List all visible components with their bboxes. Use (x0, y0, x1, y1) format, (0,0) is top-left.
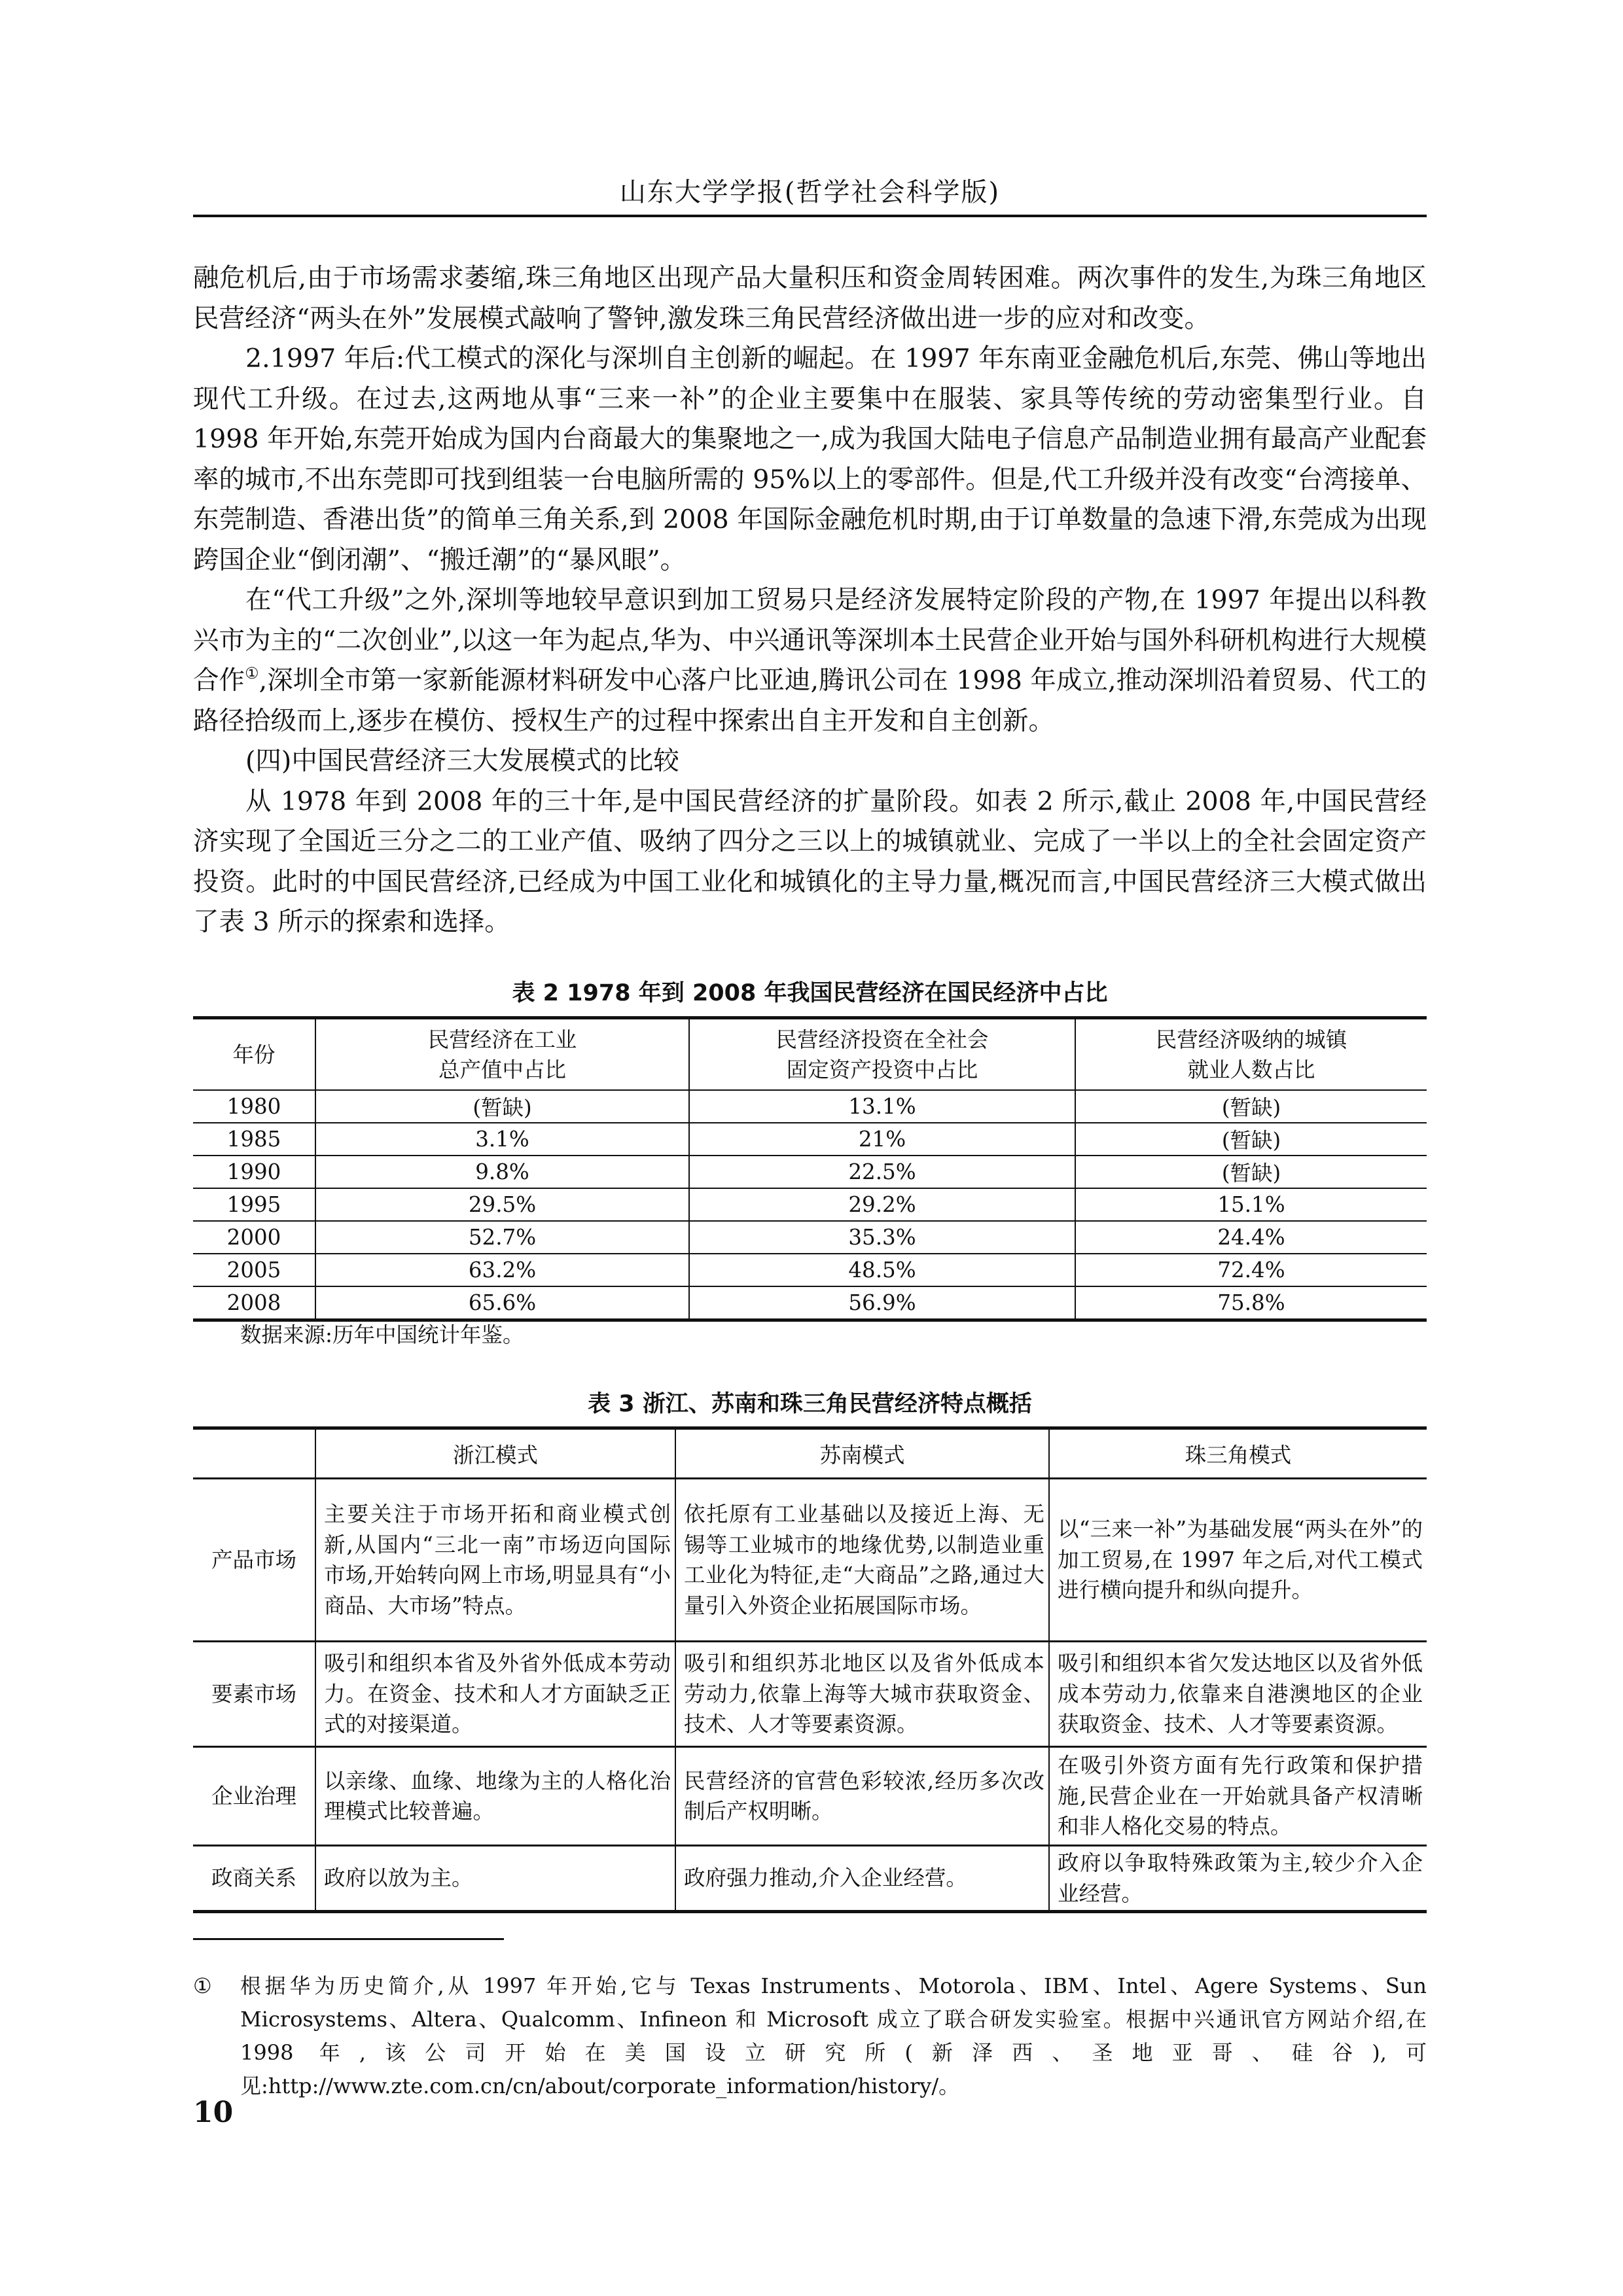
table-row: 1980 (暂缺) 13.1% (暂缺) (193, 1090, 1427, 1123)
table-header-row: 年份 民营经济在工业总产值中占比 民营经济投资在全社会固定资产投资中占比 民营经… (193, 1018, 1427, 1091)
year-cell: 1985 (193, 1123, 315, 1156)
table3-caption: 表 3 浙江、苏南和珠三角民营经济特点概括 (193, 1386, 1427, 1419)
value-cell: 29.2% (689, 1188, 1075, 1221)
footnote-rule (193, 1938, 504, 1940)
running-head: 山东大学学报(哲学社会科学版) (193, 171, 1427, 209)
table-header-row: 浙江模式 苏南模式 珠三角模式 (193, 1428, 1427, 1479)
table-cell: 依托原有工业基础以及接近上海、无锡等工业城市的地缘优势,以制造业重工业化为特征,… (675, 1479, 1049, 1642)
value-cell: 63.2% (315, 1254, 689, 1286)
paragraph: 在“代工升级”之外,深圳等地较早意识到加工贸易只是经济发展特定阶段的产物,在 1… (193, 580, 1427, 741)
row-label: 企业治理 (193, 1747, 315, 1846)
paragraph: 融危机后,由于市场需求萎缩,珠三角地区出现产品大量积压和资金周转困难。两次事件的… (193, 258, 1427, 339)
value-cell: 13.1% (689, 1090, 1075, 1123)
value-cell: (暂缺) (1075, 1090, 1427, 1123)
footnote-marker: ① (193, 1969, 212, 2003)
year-cell: 1995 (193, 1188, 315, 1221)
column-header: 年份 (193, 1018, 315, 1091)
table-cell: 民营经济的官营色彩较浓,经历多次改制后产权明晰。 (675, 1747, 1049, 1846)
value-cell: 24.4% (1075, 1221, 1427, 1254)
footnote-text: 根据华为历史简介,从 1997 年开始,它与 Texas Instruments… (240, 1969, 1427, 2103)
section-heading: (四)中国民营经济三大发展模式的比较 (193, 741, 1427, 782)
year-cell: 2005 (193, 1254, 315, 1286)
table-cell: 政府以争取特殊政策为主,较少介入企业经营。 (1049, 1846, 1427, 1912)
value-cell: 35.3% (689, 1221, 1075, 1254)
table-row: 产品市场 主要关注于市场开拓和商业模式创新,从国内“三北一南”市场迈向国际市场,… (193, 1479, 1427, 1642)
column-header: 民营经济吸纳的城镇就业人数占比 (1075, 1018, 1427, 1091)
value-cell: 65.6% (315, 1286, 689, 1320)
table-row: 1985 3.1% 21% (暂缺) (193, 1123, 1427, 1156)
header-rule (193, 215, 1427, 217)
table-cell: 政府以放为主。 (315, 1846, 675, 1912)
row-label: 政商关系 (193, 1846, 315, 1912)
column-header: 民营经济投资在全社会固定资产投资中占比 (689, 1018, 1075, 1091)
value-cell: 29.5% (315, 1188, 689, 1221)
value-cell: 9.8% (315, 1156, 689, 1188)
table2-source-note: 数据来源:历年中国统计年鉴。 (240, 1318, 524, 1349)
value-cell: 15.1% (1075, 1188, 1427, 1221)
row-label: 要素市场 (193, 1642, 315, 1747)
table3: 浙江模式 苏南模式 珠三角模式 产品市场 主要关注于市场开拓和商业模式创新,从国… (193, 1426, 1427, 1913)
value-cell: (暂缺) (1075, 1123, 1427, 1156)
column-header (193, 1428, 315, 1479)
footnote-reference[interactable]: ① (245, 664, 259, 682)
column-header: 珠三角模式 (1049, 1428, 1427, 1479)
paragraph: 2.1997 年后:代工模式的深化与深圳自主创新的崛起。在 1997 年东南亚金… (193, 339, 1427, 580)
table-row: 1995 29.5% 29.2% 15.1% (193, 1188, 1427, 1221)
table-cell: 以亲缘、血缘、地缘为主的人格化治理模式比较普遍。 (315, 1747, 675, 1846)
value-cell: 56.9% (689, 1286, 1075, 1320)
column-header: 苏南模式 (675, 1428, 1049, 1479)
value-cell: (暂缺) (315, 1090, 689, 1123)
year-cell: 2008 (193, 1286, 315, 1320)
table-row: 企业治理 以亲缘、血缘、地缘为主的人格化治理模式比较普遍。 民营经济的官营色彩较… (193, 1747, 1427, 1846)
row-label: 产品市场 (193, 1479, 315, 1642)
table-cell: 吸引和组织本省及外省外低成本劳动力。在资金、技术和人才方面缺乏正式的对接渠道。 (315, 1642, 675, 1747)
value-cell: 3.1% (315, 1123, 689, 1156)
table-row: 2008 65.6% 56.9% 75.8% (193, 1286, 1427, 1320)
value-cell: 21% (689, 1123, 1075, 1156)
paragraph: 从 1978 年到 2008 年的三十年,是中国民营经济的扩量阶段。如表 2 所… (193, 782, 1427, 943)
table-cell: 吸引和组织苏北地区以及省外低成本劳动力,依靠上海等大城市获取资金、技术、人才等要… (675, 1642, 1049, 1747)
value-cell: 48.5% (689, 1254, 1075, 1286)
value-cell: 22.5% (689, 1156, 1075, 1188)
table-row: 政商关系 政府以放为主。 政府强力推动,介入企业经营。 政府以争取特殊政策为主,… (193, 1846, 1427, 1912)
column-header: 浙江模式 (315, 1428, 675, 1479)
table-cell: 政府强力推动,介入企业经营。 (675, 1846, 1049, 1912)
paragraph-text: ,深圳全市第一家新能源材料研发中心落户比亚迪,腾讯公司在 1998 年成立,推动… (193, 665, 1427, 736)
table-row: 2005 63.2% 48.5% 72.4% (193, 1254, 1427, 1286)
table2: 年份 民营经济在工业总产值中占比 民营经济投资在全社会固定资产投资中占比 民营经… (193, 1016, 1427, 1322)
table-cell: 在吸引外资方面有先行政策和保护措施,民营企业在一开始就具备产权清晰和非人格化交易… (1049, 1747, 1427, 1846)
value-cell: 52.7% (315, 1221, 689, 1254)
table-cell: 以“三来一补”为基础发展“两头在外”的加工贸易,在 1997 年之后,对代工模式… (1049, 1479, 1427, 1642)
year-cell: 1990 (193, 1156, 315, 1188)
page-number: 10 (193, 2096, 233, 2129)
year-cell: 2000 (193, 1221, 315, 1254)
column-header: 民营经济在工业总产值中占比 (315, 1018, 689, 1091)
value-cell: 72.4% (1075, 1254, 1427, 1286)
table-row: 1990 9.8% 22.5% (暂缺) (193, 1156, 1427, 1188)
table-cell: 主要关注于市场开拓和商业模式创新,从国内“三北一南”市场迈向国际市场,开始转向网… (315, 1479, 675, 1642)
year-cell: 1980 (193, 1090, 315, 1123)
value-cell: 75.8% (1075, 1286, 1427, 1320)
table2-caption: 表 2 1978 年到 2008 年我国民营经济在国民经济中占比 (193, 975, 1427, 1008)
table-row: 2000 52.7% 35.3% 24.4% (193, 1221, 1427, 1254)
value-cell: (暂缺) (1075, 1156, 1427, 1188)
table-row: 要素市场 吸引和组织本省及外省外低成本劳动力。在资金、技术和人才方面缺乏正式的对… (193, 1642, 1427, 1747)
body-text: 融危机后,由于市场需求萎缩,珠三角地区出现产品大量积压和资金周转困难。两次事件的… (193, 258, 1427, 943)
footnote: ① 根据华为历史简介,从 1997 年开始,它与 Texas Instrumen… (193, 1969, 1427, 2103)
table-cell: 吸引和组织本省欠发达地区以及省外低成本劳动力,依靠来自港澳地区的企业获取资金、技… (1049, 1642, 1427, 1747)
